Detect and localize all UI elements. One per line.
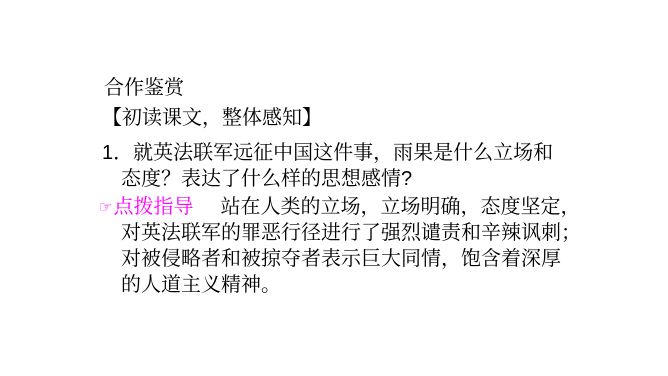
guidance-text-line-3: 对被侵略者和被掠夺者表示巨大同情，饱含着深厚 [121,246,561,272]
question-text-line-1: 1．就英法联军远征中国这件事，雨果是什么立场和 [102,140,553,166]
guidance-text-line-1: 站在人类的立场，立场明确，态度坚定， [220,196,580,218]
slide-title: 合作鉴赏 [104,75,184,101]
section-heading: 【初读课文，整体感知】 [102,105,322,131]
pointing-hand-icon: ☞ [99,199,112,216]
guidance-text-line-4: 的人道主义精神。 [121,272,281,298]
guidance-line-1: ☞点拨指导站在人类的立场，立场明确，态度坚定， [99,194,580,221]
presentation-slide: 合作鉴赏 【初读课文，整体感知】 1．就英法联军远征中国这件事，雨果是什么立场和… [0,0,668,376]
question-text-line-2: 态度？表达了什么样的思想感情? [121,166,412,192]
guidance-label: 点拨指导 [113,196,193,218]
guidance-text-line-2: 对英法联军的罪恶行径进行了强烈谴责和辛辣讽刺； [121,220,581,246]
